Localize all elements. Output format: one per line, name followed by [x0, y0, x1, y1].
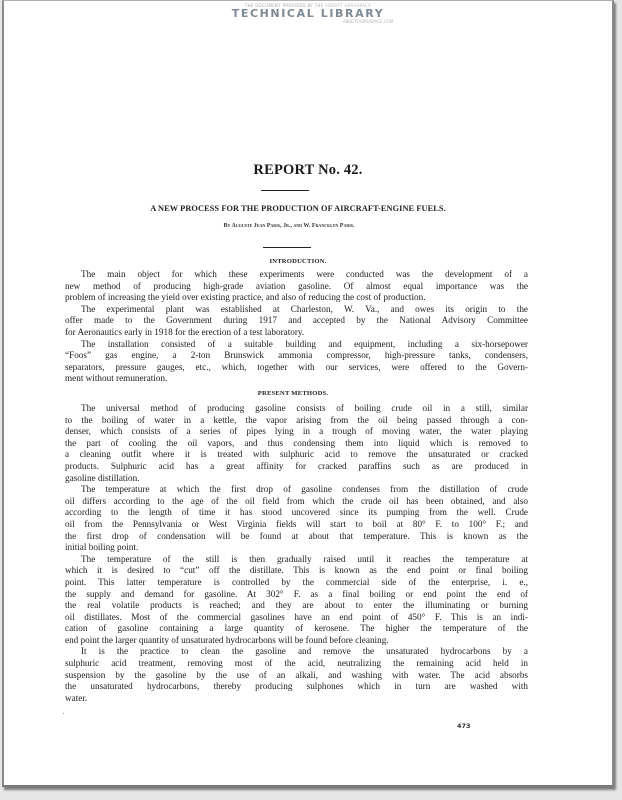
paragraph: The experimental plant was established a…: [65, 304, 528, 339]
report-title: REPORT No. 42.: [4, 162, 612, 179]
byline: By Auguste Jean Paris, Jr., and W. Franc…: [4, 223, 574, 229]
section-heading-introduction: INTRODUCTION.: [4, 258, 592, 265]
text-line: the real volatile products is reached; a…: [65, 600, 528, 612]
text-line: products. Sulphuric acid has a great aff…: [65, 461, 528, 473]
text-line: denser, which consists of a series of pi…: [65, 426, 528, 438]
text-line: The installation consisted of a suitable…: [65, 339, 528, 351]
text-line: “Foos” gas engine, a 2-ton Brunswick amm…: [65, 350, 528, 362]
text-line: initial boiling point.: [65, 542, 528, 554]
paragraph: The temperature of the still is then gra…: [65, 554, 528, 647]
paragraph: The installation consisted of a suitable…: [65, 339, 528, 385]
text-line: The temperature of the still is then gra…: [65, 554, 528, 566]
text-line: end point the larger quantity of unsatur…: [65, 635, 528, 647]
text-line: problem of increasing the yield over exi…: [65, 292, 528, 304]
text-line: The experimental plant was established a…: [65, 304, 528, 316]
text-line: the first drop of condensation will be f…: [65, 531, 528, 543]
banner-title: TECHNICAL LIBRARY: [4, 8, 612, 19]
text-line: water.: [65, 693, 528, 705]
text-line: cation of gasoline containing a large qu…: [65, 623, 528, 635]
paragraph: The main object for which these experime…: [65, 269, 528, 304]
text-line: It is the practice to clean the gasoline…: [65, 646, 528, 658]
paragraph: It is the practice to clean the gasoline…: [65, 646, 528, 704]
text-line: the part of cooling the oil vapors, and …: [65, 438, 528, 450]
page-number: 473: [457, 722, 471, 730]
text-line: The universal method of producing gasoli…: [65, 403, 528, 415]
text-line: offer made to the Government during 1917…: [65, 315, 528, 327]
text-line: The main object for which these experime…: [65, 269, 528, 281]
text-line: gasoline distillation.: [65, 473, 528, 485]
text-line: according to the length of time it has s…: [65, 507, 528, 519]
paragraph: The universal method of producing gasoli…: [65, 403, 528, 484]
paragraph: The temperature at which the first drop …: [65, 484, 528, 554]
text-line: the unsaturated hydrocarbons, thereby pr…: [65, 681, 528, 693]
text-line: oil differs according to the age of the …: [65, 496, 528, 508]
scan-speck: [63, 713, 64, 714]
present-methods-body: The universal method of producing gasoli…: [65, 403, 528, 704]
document-page: THE DOCUMENT PROVIDED BY THE ABBOTT AERO…: [2, 0, 614, 787]
byline-divider: [263, 247, 311, 248]
section-heading-present-methods: PRESENT METHODS.: [4, 390, 582, 397]
text-line: oil from the Pennsylvania or West Virgin…: [65, 519, 528, 531]
title-divider: [261, 190, 309, 191]
technical-library-banner: THE DOCUMENT PROVIDED BY THE ABBOTT AERO…: [4, 3, 612, 24]
text-line: point. This latter temperature is contro…: [65, 577, 528, 589]
report-subtitle: A NEW PROCESS FOR THE PRODUCTION OF AIRC…: [4, 204, 592, 213]
text-line: ment without remuneration.: [65, 373, 528, 385]
text-line: sulphuric acid treatment, removing most …: [65, 658, 528, 670]
text-line: for Aeronautics early in 1918 for the er…: [65, 327, 528, 339]
text-line: suspension by the gasoline by the use of…: [65, 670, 528, 682]
introduction-body: The main object for which these experime…: [65, 269, 528, 385]
text-line: a cleaning outfit where it is treated wi…: [65, 449, 528, 461]
text-line: the supply and demand for gasoline. At 3…: [65, 589, 528, 601]
text-line: which it is desired to “cut” off the dis…: [65, 565, 528, 577]
text-line: separators, pressure gauges, etc., which…: [65, 362, 528, 374]
text-line: oil distillates. Most of the commercial …: [65, 612, 528, 624]
text-line: to the boiling of water in a kettle, the…: [65, 415, 528, 427]
text-line: new method of producing high-grade aviat…: [65, 281, 528, 293]
text-line: The temperature at which the first drop …: [65, 484, 528, 496]
